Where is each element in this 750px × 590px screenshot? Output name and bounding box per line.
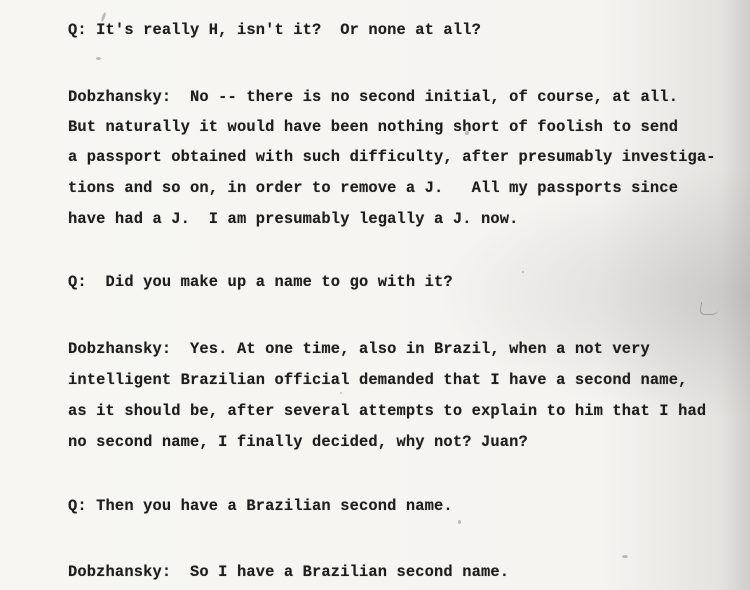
answer-line: a passport obtained with such difficulty… <box>68 148 716 166</box>
question-line: Q: Did you make up a name to go with it? <box>68 273 453 291</box>
question-line: Q: It's really H, isn't it? Or none at a… <box>68 21 481 39</box>
ink-speck-mark <box>522 271 524 273</box>
answer-line: Dobzhansky: No -- there is no second ini… <box>68 88 678 106</box>
question-line: Q: Then you have a Brazilian second name… <box>68 497 453 515</box>
answer-line: tions and so on, in order to remove a J.… <box>68 179 678 197</box>
answer-line: as it should be, after several attempts … <box>68 402 706 420</box>
answer-line: Dobzhansky: Yes. At one time, also in Br… <box>68 340 650 358</box>
ink-speck-mark <box>96 57 101 60</box>
scanned-page: Q: It's really H, isn't it? Or none at a… <box>0 0 750 590</box>
pen-squiggle-mark <box>699 302 720 315</box>
answer-line: intelligent Brazilian official demanded … <box>68 371 687 389</box>
answer-line: no second name, I finally decided, why n… <box>68 433 528 451</box>
ink-speck-mark <box>340 392 342 394</box>
ink-speck-mark <box>458 520 461 524</box>
answer-line: have had a J. I am presumably legally a … <box>68 210 519 228</box>
ink-speck-mark <box>622 555 628 558</box>
answer-line: Dobzhansky: So I have a Brazilian second… <box>68 563 509 581</box>
answer-line: But naturally it would have been nothing… <box>68 118 678 136</box>
ink-speck-mark <box>465 131 469 135</box>
